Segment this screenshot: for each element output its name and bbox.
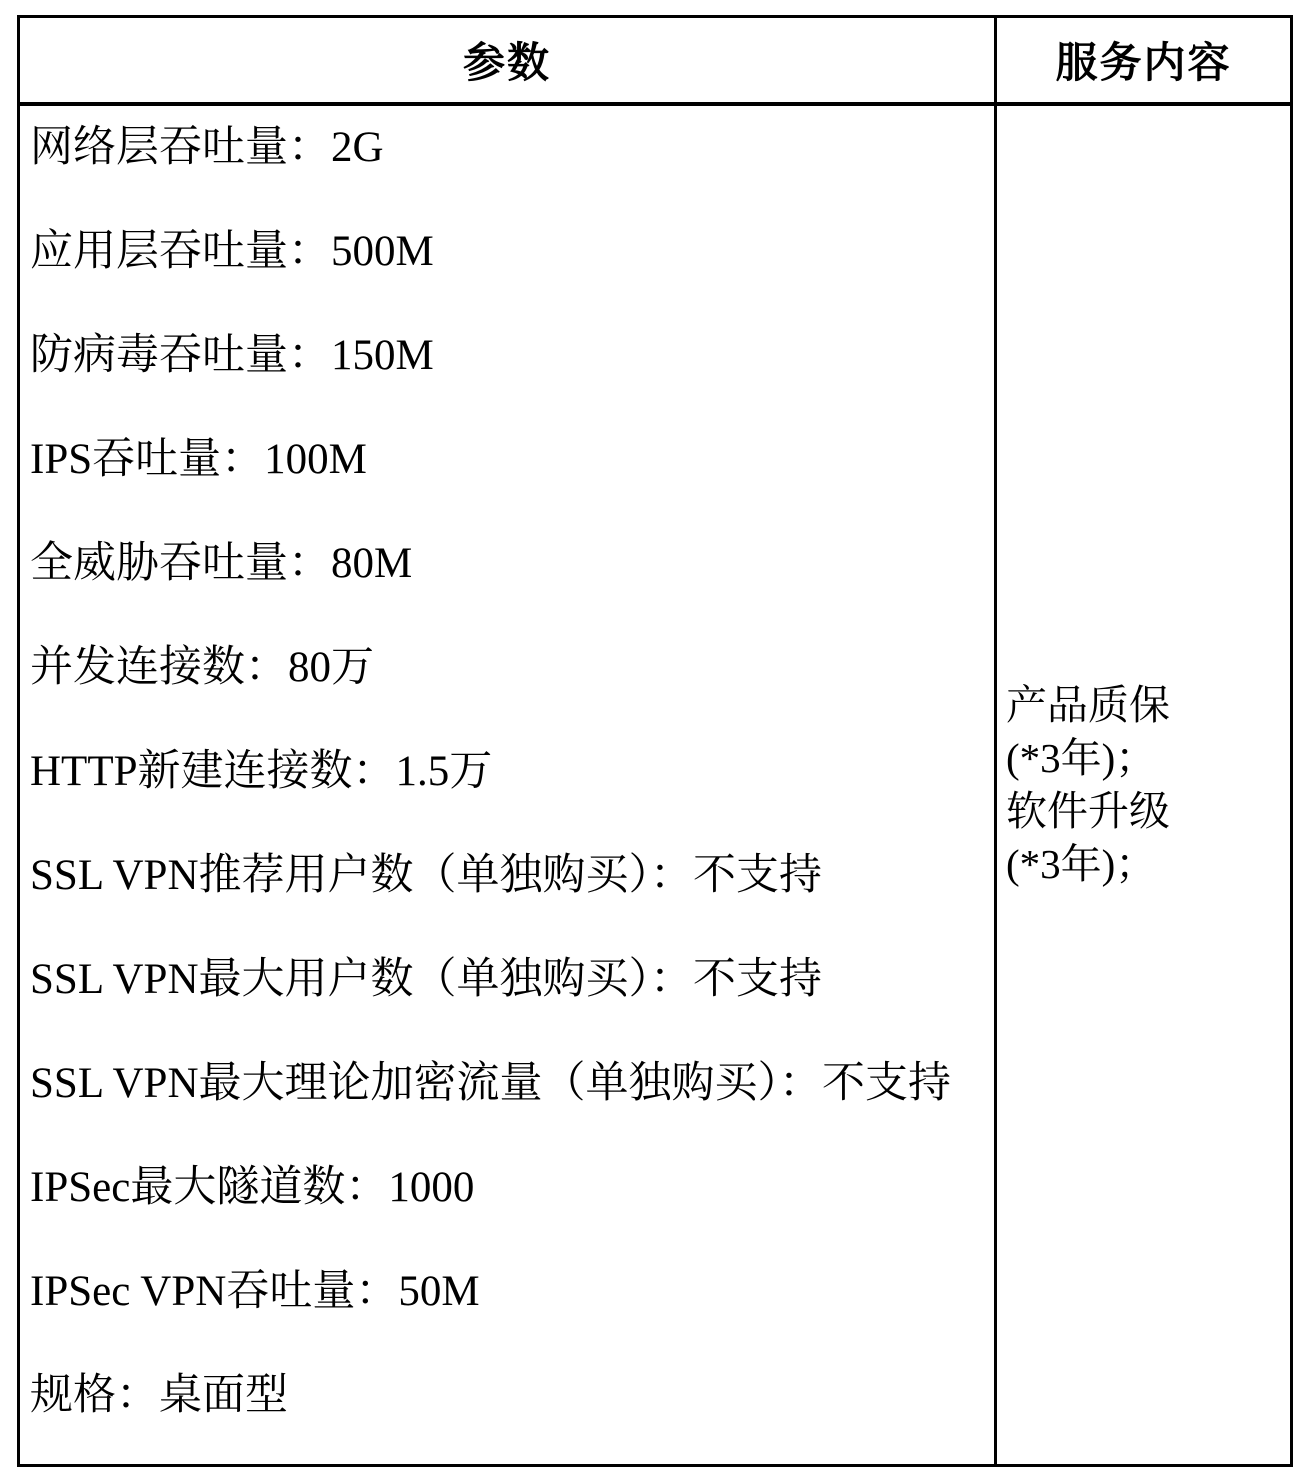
param-line-antivirus-throughput: 防病毒吞吐量：150M	[30, 299, 988, 403]
document-page: 参数 服务内容 网络层吞吐量：2G 应用层吞吐量：500M 防病毒吞吐量：150…	[0, 0, 1310, 1484]
param-line-network-throughput: 网络层吞吐量：2G	[30, 91, 988, 195]
param-line-app-throughput: 应用层吞吐量：500M	[30, 195, 988, 299]
parameters-list: 网络层吞吐量：2G 应用层吞吐量：500M 防病毒吞吐量：150M IPS吞吐量…	[20, 91, 994, 1443]
service-line-warranty: 产品质保	[1006, 679, 1170, 732]
service-line-software-upgrade: 软件升级	[1006, 785, 1170, 838]
param-line-http-new-connections: HTTP新建连接数：1.5万	[30, 715, 988, 819]
service-content-block: 产品质保 (*3年)； 软件升级 (*3年)；	[997, 106, 1290, 1464]
service-content-cell: 产品质保 (*3年)； 软件升级 (*3年)；	[997, 106, 1290, 1464]
param-line-sslvpn-max-users: SSL VPN最大用户数（单独购买）：不支持	[30, 923, 988, 1027]
service-line-upgrade-years: (*3年)；	[1006, 838, 1156, 891]
param-line-threat-throughput: 全威胁吞吐量：80M	[30, 507, 988, 611]
param-line-form-factor: 规格：桌面型	[30, 1339, 988, 1443]
param-line-ipsecvpn-throughput: IPSec VPN吞吐量：50M	[30, 1235, 988, 1339]
spec-table: 参数 服务内容 网络层吞吐量：2G 应用层吞吐量：500M 防病毒吞吐量：150…	[17, 15, 1293, 1467]
header-cell-parameters: 参数	[20, 18, 997, 102]
param-line-sslvpn-max-encrypted-traffic: SSL VPN最大理论加密流量（单独购买）：不支持	[30, 1027, 988, 1131]
param-line-concurrent-connections: 并发连接数：80万	[30, 611, 988, 715]
param-line-ips-throughput: IPS吞吐量：100M	[30, 403, 988, 507]
table-body-row: 网络层吞吐量：2G 应用层吞吐量：500M 防病毒吞吐量：150M IPS吞吐量…	[20, 106, 1290, 1464]
param-line-sslvpn-recommended-users: SSL VPN推荐用户数（单独购买）：不支持	[30, 819, 988, 923]
parameters-cell: 网络层吞吐量：2G 应用层吞吐量：500M 防病毒吞吐量：150M IPS吞吐量…	[20, 106, 997, 1464]
param-line-ipsec-max-tunnels: IPSec最大隧道数：1000	[30, 1131, 988, 1235]
header-cell-service-content: 服务内容	[997, 18, 1290, 102]
service-line-warranty-years: (*3年)；	[1006, 732, 1156, 785]
